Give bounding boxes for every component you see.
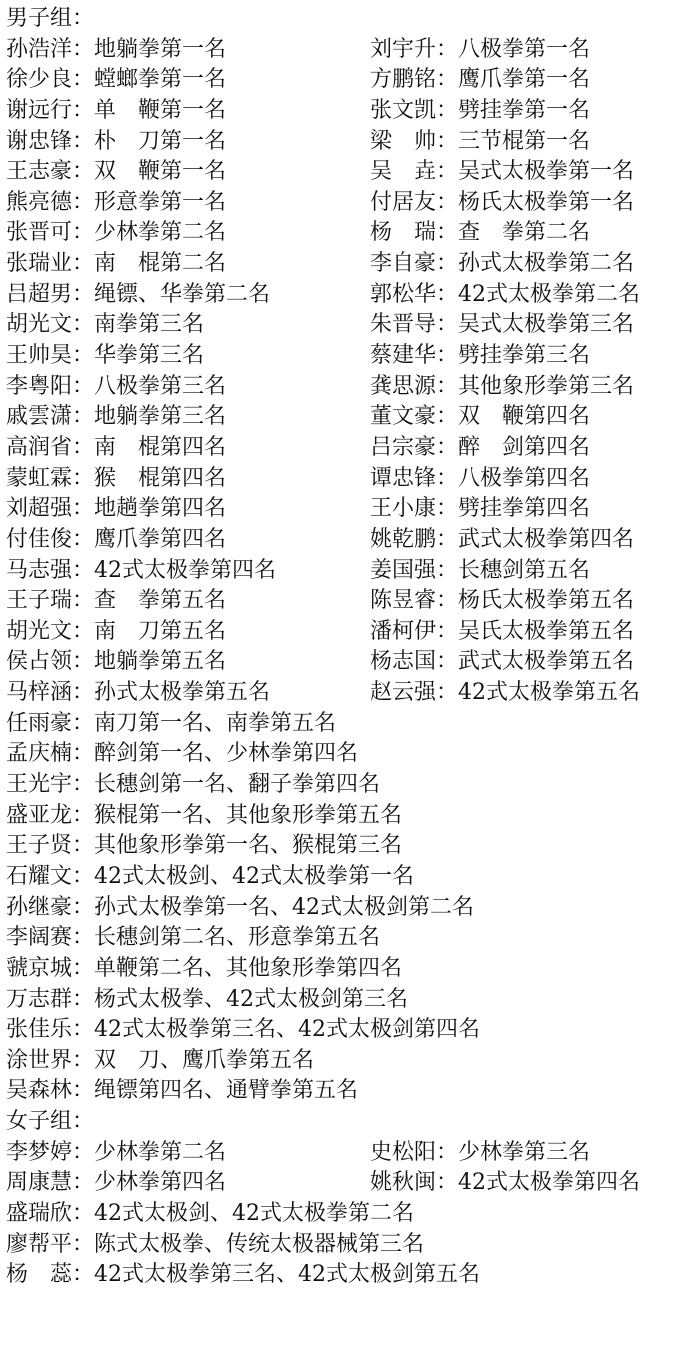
entry-right: 董文豪：双 鞭第四名	[370, 402, 590, 433]
award-row: 孟庆楠：醉剑第一名、少林拳第四名	[6, 739, 700, 770]
award-row: 谢远行：单 鞭第一名张文凯：劈挂拳第一名	[6, 96, 700, 127]
award-text: 双 刀、鹰爪拳第五名	[94, 1046, 314, 1077]
entry: 李阔赛：长穗剑第二名、形意拳第五名	[6, 923, 380, 954]
award-row: 张佳乐：42式太极拳第三名、42式太极剑第四名	[6, 1015, 700, 1046]
athlete-name: 李自豪：	[370, 249, 458, 280]
entry-right: 姚秋闽：42式太极拳第四名	[370, 1168, 640, 1199]
entry-right: 方鹏铭：鹰爪拳第一名	[370, 65, 590, 96]
award-text: 42式太极拳第四名	[458, 1168, 640, 1199]
award-row: 王子贤：其他象形拳第一名、猴棍第三名	[6, 831, 700, 862]
entry-left: 胡光文：南拳第三名	[6, 310, 204, 341]
athlete-name: 郭松华：	[370, 280, 458, 311]
entry: 涂世界：双 刀、鹰爪拳第五名	[6, 1046, 314, 1077]
award-row: 熊亮德：形意拳第一名付居友：杨氏太极拳第一名	[6, 188, 700, 219]
award-row: 戚雲潇：地躺拳第三名董文豪：双 鞭第四名	[6, 402, 700, 433]
entry-left: 王志豪：双 鞭第一名	[6, 157, 226, 188]
athlete-name: 徐少良：	[6, 65, 94, 96]
entry-right: 杨 瑞：查 拳第二名	[370, 218, 590, 249]
award-text: 绳镖第四名、通臂拳第五名	[94, 1076, 358, 1107]
award-text: 形意拳第一名	[94, 188, 226, 219]
award-text: 长穗剑第二名、形意拳第五名	[94, 923, 380, 954]
award-row: 谢忠锋：朴 刀第一名梁 帅：三节棍第一名	[6, 127, 700, 158]
award-text: 猴 棍第四名	[94, 464, 226, 495]
award-row: 周康慧：少林拳第四名姚秋闽：42式太极拳第四名	[6, 1168, 700, 1199]
athlete-name: 李粤阳：	[6, 372, 94, 403]
athlete-name: 王帅昊：	[6, 341, 94, 372]
athlete-name: 蒙虹霖：	[6, 464, 94, 495]
award-text: 陈式太极拳、传统太极器械第三名	[94, 1230, 424, 1261]
entry-left: 马志强：42式太极拳第四名	[6, 556, 276, 587]
athlete-name: 王光宇：	[6, 770, 94, 801]
entry-left: 高润省：南 棍第四名	[6, 433, 226, 464]
athlete-name: 李梦婷：	[6, 1138, 94, 1169]
entry: 孙继豪：孙式太极拳第一名、42式太极剑第二名	[6, 893, 474, 924]
entry-right: 蔡建华：劈挂拳第三名	[370, 341, 590, 372]
award-text: 长穗剑第五名	[458, 556, 590, 587]
athlete-name: 孙继豪：	[6, 893, 94, 924]
award-text: 吴式太极拳第三名	[458, 310, 634, 341]
award-text: 42式太极剑、42式太极拳第一名	[94, 862, 414, 893]
athlete-name: 杨 瑞：	[370, 218, 458, 249]
athlete-name: 梁 帅：	[370, 127, 458, 158]
award-row: 高润省：南 棍第四名吕宗豪：醉 剑第四名	[6, 433, 700, 464]
athlete-name: 王子贤：	[6, 831, 94, 862]
athlete-name: 熊亮德：	[6, 188, 94, 219]
entry-left: 李梦婷：少林拳第二名	[6, 1138, 226, 1169]
award-text: 鹰爪拳第一名	[458, 65, 590, 96]
award-text: 42式太极拳第三名、42式太极剑第四名	[94, 1015, 480, 1046]
award-text: 武式太极拳第五名	[458, 647, 634, 678]
entry-right: 史松阳：少林拳第三名	[370, 1138, 590, 1169]
athlete-name: 任雨豪：	[6, 709, 94, 740]
award-text: 杨氏太极拳第五名	[458, 586, 634, 617]
athlete-name: 刘宇升：	[370, 35, 458, 66]
athlete-name: 张佳乐：	[6, 1015, 94, 1046]
entry: 盛亚龙：猴棍第一名、其他象形拳第五名	[6, 801, 402, 832]
athlete-name: 谭忠锋：	[370, 464, 458, 495]
entry-left: 戚雲潇：地躺拳第三名	[6, 402, 226, 433]
athlete-name: 盛瑞欣：	[6, 1199, 94, 1230]
award-text: 单 鞭第一名	[94, 96, 226, 127]
athlete-name: 戚雲潇：	[6, 402, 94, 433]
section-heading-women: 女子组：	[6, 1107, 700, 1138]
award-row: 王子瑞：查 拳第五名陈昱睿：杨氏太极拳第五名	[6, 586, 700, 617]
award-text: 南刀第一名、南拳第五名	[94, 709, 336, 740]
entry-right: 吕宗豪：醉 剑第四名	[370, 433, 590, 464]
athlete-name: 姜国强：	[370, 556, 458, 587]
award-text: 杨式太极拳、42式太极剑第三名	[94, 985, 408, 1016]
award-row: 廖帮平：陈式太极拳、传统太极器械第三名	[6, 1230, 700, 1261]
athlete-name: 付居友：	[370, 188, 458, 219]
athlete-name: 万志群：	[6, 985, 94, 1016]
entry-right: 张文凯：劈挂拳第一名	[370, 96, 590, 127]
award-text: 劈挂拳第四名	[458, 494, 590, 525]
award-text: 孙式太极拳第五名	[94, 678, 270, 709]
award-row: 马志强：42式太极拳第四名姜国强：长穗剑第五名	[6, 556, 700, 587]
award-text: 查 拳第二名	[458, 218, 590, 249]
entry-left: 王子瑞：查 拳第五名	[6, 586, 226, 617]
entry-left: 刘超强：地趟拳第四名	[6, 494, 226, 525]
women-heading: 女子组：	[6, 1107, 94, 1138]
entry-right: 谭忠锋：八极拳第四名	[370, 464, 590, 495]
award-text: 吴氏太极拳第五名	[458, 617, 634, 648]
awards-document: 男子组： 孙浩洋：地躺拳第一名刘宇升：八极拳第一名徐少良：螳螂拳第一名方鹏铭：鹰…	[6, 4, 700, 1291]
award-row: 涂世界：双 刀、鹰爪拳第五名	[6, 1046, 700, 1077]
award-text: 南 棍第四名	[94, 433, 226, 464]
athlete-name: 付佳俊：	[6, 525, 94, 556]
athlete-name: 蔡建华：	[370, 341, 458, 372]
entry-left: 孙浩洋：地躺拳第一名	[6, 35, 226, 66]
athlete-name: 石耀文：	[6, 862, 94, 893]
award-text: 单鞭第二名、其他象形拳第四名	[94, 954, 402, 985]
athlete-name: 张文凯：	[370, 96, 458, 127]
entry-left: 付佳俊：鹰爪拳第四名	[6, 525, 226, 556]
athlete-name: 潘柯伊：	[370, 617, 458, 648]
award-row: 张晋可：少林拳第二名杨 瑞：查 拳第二名	[6, 218, 700, 249]
athlete-name: 方鹏铭：	[370, 65, 458, 96]
award-text: 少林拳第二名	[94, 218, 226, 249]
award-text: 双 鞭第一名	[94, 157, 226, 188]
award-text: 劈挂拳第一名	[458, 96, 590, 127]
men-paired-list: 孙浩洋：地躺拳第一名刘宇升：八极拳第一名徐少良：螳螂拳第一名方鹏铭：鹰爪拳第一名…	[6, 35, 700, 709]
award-row: 胡光文：南 刀第五名潘柯伊：吴氏太极拳第五名	[6, 617, 700, 648]
athlete-name: 龚思源：	[370, 372, 458, 403]
award-text: 八极拳第一名	[458, 35, 590, 66]
award-text: 朴 刀第一名	[94, 127, 226, 158]
entry-right: 朱晋导：吴式太极拳第三名	[370, 310, 634, 341]
entry-right: 潘柯伊：吴氏太极拳第五名	[370, 617, 634, 648]
entry: 任雨豪：南刀第一名、南拳第五名	[6, 709, 336, 740]
award-row: 侯占领：地躺拳第五名杨志国：武式太极拳第五名	[6, 647, 700, 678]
award-text: 醉 剑第四名	[458, 433, 590, 464]
athlete-name: 董文豪：	[370, 402, 458, 433]
award-text: 42式太极拳第二名	[458, 280, 640, 311]
award-row: 吴森林：绳镖第四名、通臂拳第五名	[6, 1076, 700, 1107]
women-single-list: 盛瑞欣：42式太极剑、42式太极拳第二名廖帮平：陈式太极拳、传统太极器械第三名杨…	[6, 1199, 700, 1291]
award-text: 其他象形拳第一名、猴棍第三名	[94, 831, 402, 862]
award-row: 虢京城：单鞭第二名、其他象形拳第四名	[6, 954, 700, 985]
award-row: 杨 蕊：42式太极拳第三名、42式太极剑第五名	[6, 1260, 700, 1291]
men-heading: 男子组：	[6, 4, 94, 35]
award-row: 蒙虹霖：猴 棍第四名谭忠锋：八极拳第四名	[6, 464, 700, 495]
men-single-list: 任雨豪：南刀第一名、南拳第五名孟庆楠：醉剑第一名、少林拳第四名王光宇：长穗剑第一…	[6, 709, 700, 1107]
award-row: 李粤阳：八极拳第三名龚思源：其他象形拳第三名	[6, 372, 700, 403]
award-text: 南拳第三名	[94, 310, 204, 341]
athlete-name: 廖帮平：	[6, 1230, 94, 1261]
entry-right: 杨志国：武式太极拳第五名	[370, 647, 634, 678]
athlete-name: 陈昱睿：	[370, 586, 458, 617]
entry-right: 姚乾鹏：武式太极拳第四名	[370, 525, 634, 556]
athlete-name: 史松阳：	[370, 1138, 458, 1169]
entry-left: 周康慧：少林拳第四名	[6, 1168, 226, 1199]
entry: 盛瑞欣：42式太极剑、42式太极拳第二名	[6, 1199, 414, 1230]
athlete-name: 孟庆楠：	[6, 739, 94, 770]
award-row: 吕超男：绳镖、华拳第二名郭松华：42式太极拳第二名	[6, 280, 700, 311]
entry: 王光宇：长穗剑第一名、翻子拳第四名	[6, 770, 380, 801]
athlete-name: 谢忠锋：	[6, 127, 94, 158]
award-row: 付佳俊：鹰爪拳第四名姚乾鹏：武式太极拳第四名	[6, 525, 700, 556]
women-paired-list: 李梦婷：少林拳第二名史松阳：少林拳第三名周康慧：少林拳第四名姚秋闽：42式太极拳…	[6, 1138, 700, 1199]
entry-right: 李自豪：孙式太极拳第二名	[370, 249, 634, 280]
entry-right: 龚思源：其他象形拳第三名	[370, 372, 634, 403]
award-row: 孙浩洋：地躺拳第一名刘宇升：八极拳第一名	[6, 35, 700, 66]
entry-right: 刘宇升：八极拳第一名	[370, 35, 590, 66]
athlete-name: 赵云强：	[370, 678, 458, 709]
award-row: 盛亚龙：猴棍第一名、其他象形拳第五名	[6, 801, 700, 832]
entry: 廖帮平：陈式太极拳、传统太极器械第三名	[6, 1230, 424, 1261]
athlete-name: 吴 垚：	[370, 157, 458, 188]
award-text: 吴式太极拳第一名	[458, 157, 634, 188]
entry-left: 熊亮德：形意拳第一名	[6, 188, 226, 219]
award-row: 李阔赛：长穗剑第二名、形意拳第五名	[6, 923, 700, 954]
award-text: 地躺拳第五名	[94, 647, 226, 678]
entry-left: 马梓涵：孙式太极拳第五名	[6, 678, 270, 709]
athlete-name: 姚乾鹏：	[370, 525, 458, 556]
athlete-name: 吕宗豪：	[370, 433, 458, 464]
award-row: 万志群：杨式太极拳、42式太极剑第三名	[6, 985, 700, 1016]
award-row: 孙继豪：孙式太极拳第一名、42式太极剑第二名	[6, 893, 700, 924]
entry-right: 姜国强：长穗剑第五名	[370, 556, 590, 587]
section-heading-men: 男子组：	[6, 4, 700, 35]
award-text: 少林拳第二名	[94, 1138, 226, 1169]
entry-left: 谢远行：单 鞭第一名	[6, 96, 226, 127]
entry-right: 王小康：劈挂拳第四名	[370, 494, 590, 525]
award-row: 胡光文：南拳第三名朱晋导：吴式太极拳第三名	[6, 310, 700, 341]
award-text: 42式太极拳第五名	[458, 678, 640, 709]
athlete-name: 李阔赛：	[6, 923, 94, 954]
athlete-name: 胡光文：	[6, 617, 94, 648]
athlete-name: 朱晋导：	[370, 310, 458, 341]
athlete-name: 吕超男：	[6, 280, 94, 311]
entry: 石耀文：42式太极剑、42式太极拳第一名	[6, 862, 414, 893]
entry: 虢京城：单鞭第二名、其他象形拳第四名	[6, 954, 402, 985]
entry-left: 谢忠锋：朴 刀第一名	[6, 127, 226, 158]
entry-left: 张晋可：少林拳第二名	[6, 218, 226, 249]
award-row: 马梓涵：孙式太极拳第五名赵云强：42式太极拳第五名	[6, 678, 700, 709]
athlete-name: 涂世界：	[6, 1046, 94, 1077]
entry-left: 李粤阳：八极拳第三名	[6, 372, 226, 403]
entry-right: 付居友：杨氏太极拳第一名	[370, 188, 634, 219]
award-text: 螳螂拳第一名	[94, 65, 226, 96]
athlete-name: 王子瑞：	[6, 586, 94, 617]
athlete-name: 王志豪：	[6, 157, 94, 188]
award-text: 武式太极拳第四名	[458, 525, 634, 556]
athlete-name: 盛亚龙：	[6, 801, 94, 832]
award-text: 八极拳第四名	[458, 464, 590, 495]
award-text: 南 棍第二名	[94, 249, 226, 280]
award-row: 盛瑞欣：42式太极剑、42式太极拳第二名	[6, 1199, 700, 1230]
entry-right: 赵云强：42式太极拳第五名	[370, 678, 640, 709]
award-row: 石耀文：42式太极剑、42式太极拳第一名	[6, 862, 700, 893]
award-text: 劈挂拳第三名	[458, 341, 590, 372]
entry-left: 蒙虹霖：猴 棍第四名	[6, 464, 226, 495]
athlete-name: 刘超强：	[6, 494, 94, 525]
entry: 孟庆楠：醉剑第一名、少林拳第四名	[6, 739, 358, 770]
athlete-name: 胡光文：	[6, 310, 94, 341]
award-text: 孙式太极拳第一名、42式太极剑第二名	[94, 893, 474, 924]
athlete-name: 张瑞业：	[6, 249, 94, 280]
award-text: 42式太极拳第四名	[94, 556, 276, 587]
award-text: 地趟拳第四名	[94, 494, 226, 525]
award-row: 王帅昊：华拳第三名蔡建华：劈挂拳第三名	[6, 341, 700, 372]
award-text: 醉剑第一名、少林拳第四名	[94, 739, 358, 770]
award-row: 张瑞业：南 棍第二名李自豪：孙式太极拳第二名	[6, 249, 700, 280]
athlete-name: 谢远行：	[6, 96, 94, 127]
award-row: 王志豪：双 鞭第一名吴 垚：吴式太极拳第一名	[6, 157, 700, 188]
award-text: 42式太极拳第三名、42式太极剑第五名	[94, 1260, 480, 1291]
entry: 王子贤：其他象形拳第一名、猴棍第三名	[6, 831, 402, 862]
athlete-name: 孙浩洋：	[6, 35, 94, 66]
athlete-name: 吴森林：	[6, 1076, 94, 1107]
athlete-name: 王小康：	[370, 494, 458, 525]
athlete-name: 张晋可：	[6, 218, 94, 249]
award-text: 孙式太极拳第二名	[458, 249, 634, 280]
award-row: 刘超强：地趟拳第四名王小康：劈挂拳第四名	[6, 494, 700, 525]
entry-left: 张瑞业：南 棍第二名	[6, 249, 226, 280]
athlete-name: 姚秋闽：	[370, 1168, 458, 1199]
award-text: 华拳第三名	[94, 341, 204, 372]
athlete-name: 高润省：	[6, 433, 94, 464]
award-text: 南 刀第五名	[94, 617, 226, 648]
award-text: 八极拳第三名	[94, 372, 226, 403]
entry: 万志群：杨式太极拳、42式太极剑第三名	[6, 985, 408, 1016]
award-text: 查 拳第五名	[94, 586, 226, 617]
athlete-name: 侯占领：	[6, 647, 94, 678]
award-text: 双 鞭第四名	[458, 402, 590, 433]
athlete-name: 周康慧：	[6, 1168, 94, 1199]
entry-right: 吴 垚：吴式太极拳第一名	[370, 157, 634, 188]
entry-right: 郭松华：42式太极拳第二名	[370, 280, 640, 311]
award-row: 李梦婷：少林拳第二名史松阳：少林拳第三名	[6, 1138, 700, 1169]
award-text: 鹰爪拳第四名	[94, 525, 226, 556]
entry-right: 梁 帅：三节棍第一名	[370, 127, 590, 158]
award-row: 徐少良：螳螂拳第一名方鹏铭：鹰爪拳第一名	[6, 65, 700, 96]
entry-left: 吕超男：绳镖、华拳第二名	[6, 280, 270, 311]
entry-left: 徐少良：螳螂拳第一名	[6, 65, 226, 96]
award-row: 任雨豪：南刀第一名、南拳第五名	[6, 709, 700, 740]
entry-right: 陈昱睿：杨氏太极拳第五名	[370, 586, 634, 617]
entry: 张佳乐：42式太极拳第三名、42式太极剑第四名	[6, 1015, 480, 1046]
award-text: 地躺拳第三名	[94, 402, 226, 433]
award-text: 地躺拳第一名	[94, 35, 226, 66]
award-text: 长穗剑第一名、翻子拳第四名	[94, 770, 380, 801]
award-text: 三节棍第一名	[458, 127, 590, 158]
award-row: 王光宇：长穗剑第一名、翻子拳第四名	[6, 770, 700, 801]
entry-left: 侯占领：地躺拳第五名	[6, 647, 226, 678]
award-text: 猴棍第一名、其他象形拳第五名	[94, 801, 402, 832]
award-text: 绳镖、华拳第二名	[94, 280, 270, 311]
athlete-name: 杨志国：	[370, 647, 458, 678]
entry: 杨 蕊：42式太极拳第三名、42式太极剑第五名	[6, 1260, 480, 1291]
award-text: 其他象形拳第三名	[458, 372, 634, 403]
award-text: 少林拳第三名	[458, 1138, 590, 1169]
athlete-name: 虢京城：	[6, 954, 94, 985]
athlete-name: 马梓涵：	[6, 678, 94, 709]
athlete-name: 马志强：	[6, 556, 94, 587]
award-text: 少林拳第四名	[94, 1168, 226, 1199]
award-text: 42式太极剑、42式太极拳第二名	[94, 1199, 414, 1230]
entry-left: 胡光文：南 刀第五名	[6, 617, 226, 648]
entry-left: 王帅昊：华拳第三名	[6, 341, 204, 372]
award-text: 杨氏太极拳第一名	[458, 188, 634, 219]
athlete-name: 杨 蕊：	[6, 1260, 94, 1291]
entry: 吴森林：绳镖第四名、通臂拳第五名	[6, 1076, 358, 1107]
